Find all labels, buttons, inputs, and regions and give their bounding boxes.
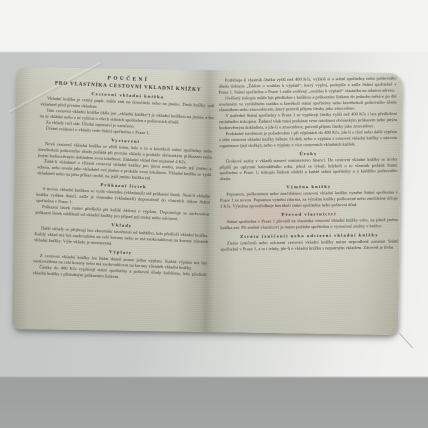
page-right: Potřebuje-li vlastník částku vyšší než 4… <box>218 76 399 330</box>
paragraph: Potřebuje-li vlastník částku vyšší než 4… <box>218 76 396 96</box>
paragraph: Úrokové sazby z vkladů stanoví ministers… <box>219 156 397 182</box>
paragraph: Ztrátu (zničení) nebo odcizení cestovní … <box>220 238 398 252</box>
paragraph: Státní spořitelna v Praze 1 převádí na v… <box>220 217 398 231</box>
paragraph: Ověřený tiskopis může být předložen s kn… <box>219 93 397 113</box>
background-scratch <box>399 333 413 349</box>
paragraph: Prokázání totožnosti je požadováno i při… <box>219 129 397 149</box>
open-booklet: POUČENÍ PRO VLASTNÍKA CESTOVNÍ VKLADNÍ K… <box>12 67 402 335</box>
photo-canvas: POUČENÍ PRO VLASTNÍKA CESTOVNÍ VKLADNÍ K… <box>0 0 428 428</box>
paragraph: V ústředně Státní spořitelny v Praze 1 s… <box>219 111 397 131</box>
page-left-content: POUČENÍ PRO VLASTNÍKA CESTOVNÍ VKLADNÍ K… <box>32 72 215 284</box>
page-right-content: Potřebuje-li vlastník částku vyšší než 4… <box>218 76 398 253</box>
page-left: POUČENÍ PRO VLASTNÍKA CESTOVNÍ VKLADNÍ K… <box>30 70 215 330</box>
paragraph: Popsanou, poškozenou nebo znečištěnou ce… <box>220 190 398 210</box>
